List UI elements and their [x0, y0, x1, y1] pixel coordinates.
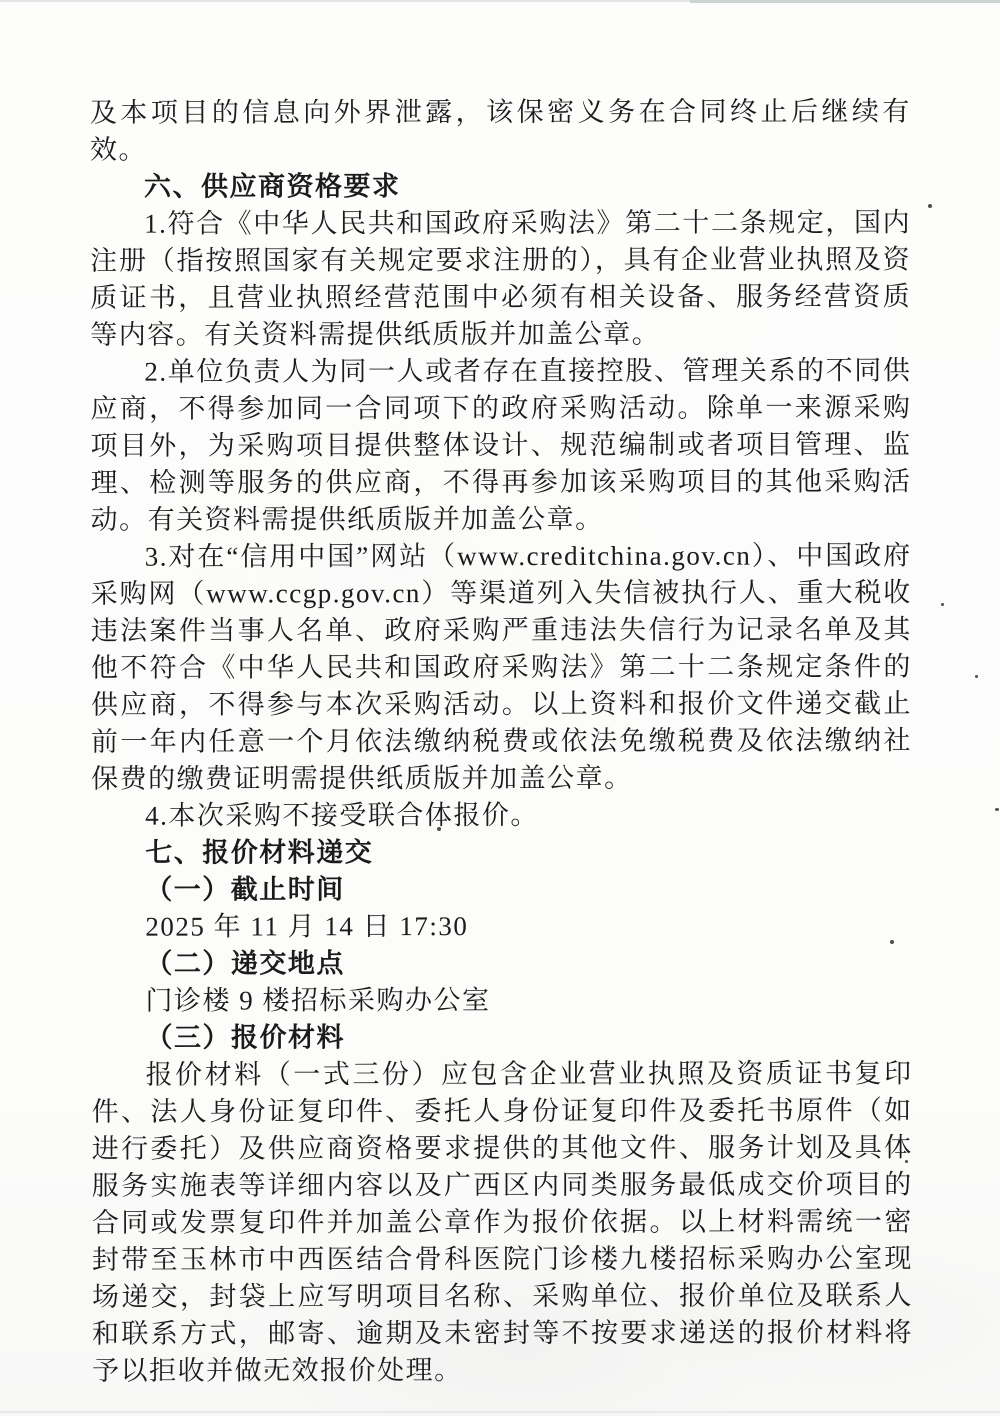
paragraph: 2025 年 11 月 14 日 17:30 — [91, 907, 912, 945]
paragraph: 报价材料（一式三份）应包含企业营业执照及资质证书复印件、法人身份证复印件、委托人… — [92, 1055, 914, 1389]
paragraph: 3.对在“信用中国”网站（www.creditchina.gov.cn）、中国政… — [91, 537, 912, 797]
paragraph: 门诊楼 9 楼招标采购办公室 — [91, 981, 912, 1019]
paragraph: 及本项目的信息向外界泄露，该保密义务在合同终止后继续有效。 — [90, 93, 911, 168]
scan-edge-bottom — [0, 1411, 1000, 1413]
section-heading: 七、报价材料递交 — [91, 833, 912, 871]
section-heading: （三）报价材料 — [91, 1018, 912, 1056]
scan-edge-top-dark-segment — [690, 0, 1000, 3]
section-heading: 六、供应商资格要求 — [90, 167, 911, 205]
scan-speck — [995, 808, 999, 811]
paragraph: 1.符合《中华人民共和国政府采购法》第二十二条规定，国内注册（指按照国家有关规定… — [90, 204, 911, 353]
scanned-document-page: 及本项目的信息向外界泄露，该保密义务在合同终止后继续有效。六、供应商资格要求1.… — [0, 0, 1000, 1416]
section-heading: （二）递交地点 — [91, 944, 912, 982]
document-body: 及本项目的信息向外界泄露，该保密义务在合同终止后继续有效。六、供应商资格要求1.… — [90, 93, 913, 1389]
scan-speck — [941, 603, 944, 606]
scan-speck — [928, 204, 932, 208]
section-heading: （一）截止时间 — [91, 870, 912, 908]
paragraph: 2.单位负责人为同一人或者存在直接控股、管理关系的不同供应商，不得参加同一合同项… — [90, 352, 911, 538]
scan-speck — [975, 675, 978, 678]
paragraph: 4.本次采购不接受联合体报价。 — [91, 796, 912, 834]
